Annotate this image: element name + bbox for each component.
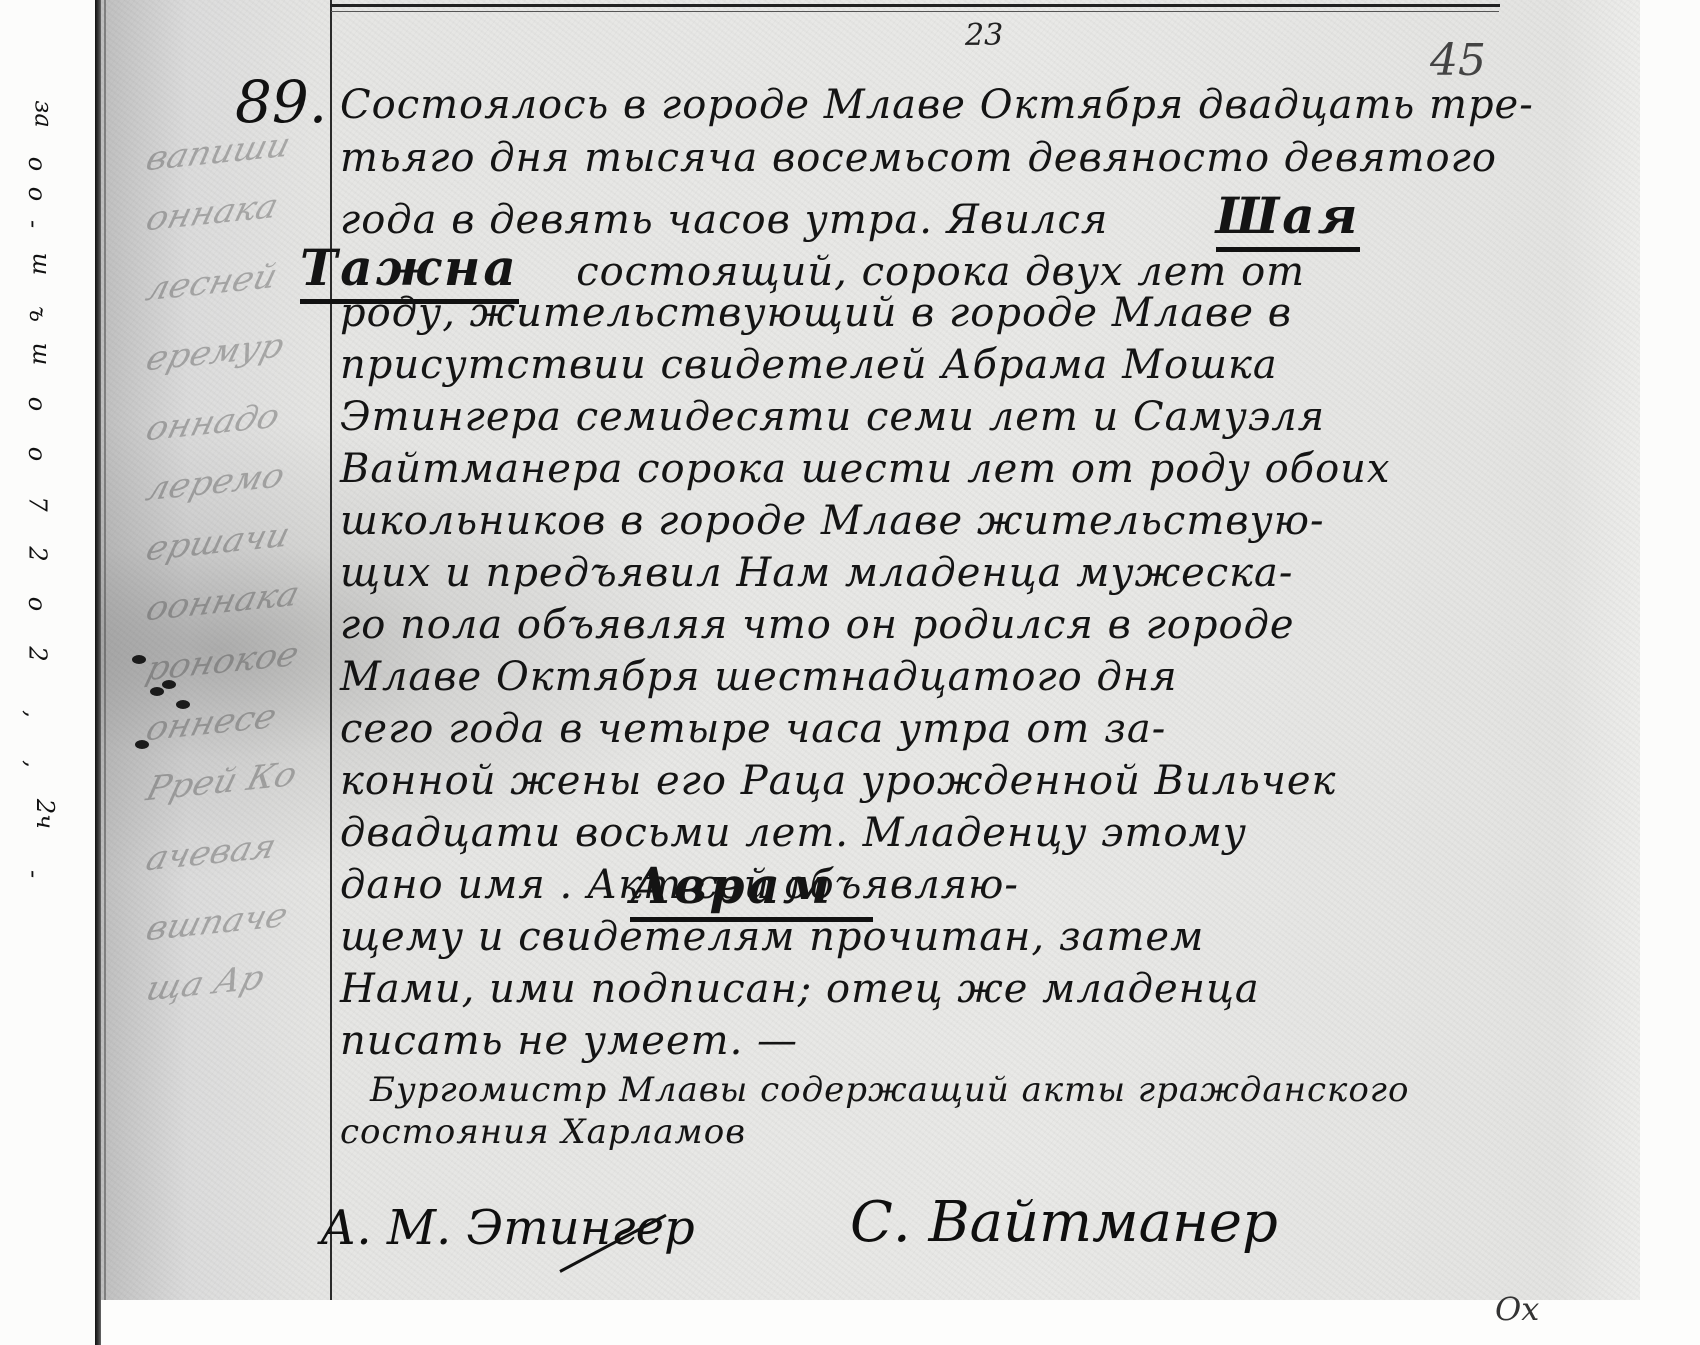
text-line: Вайтманера сорока шести лет от роду обои… [340, 446, 1630, 492]
right-white-border [1640, 0, 1700, 1345]
left-margin-strip [0, 0, 95, 1345]
text-fragment: года в девять часов утра. Явился [340, 197, 1108, 243]
margin-char: 2 [24, 646, 52, 661]
margin-char: за [30, 100, 58, 127]
text-line-registrar-name: состояния Харламов [340, 1112, 1630, 1152]
margin-char: , [20, 760, 48, 768]
binding-inner-line [104, 0, 106, 1300]
text-line: Тажна состоящий, сорока двух лет от [300, 238, 1590, 297]
text-line: роду, жительствующий в городе Млаве в [340, 290, 1630, 336]
text-line: Этингера семидесяти семи лет и Самуэля [340, 394, 1630, 440]
bottom-white-border [95, 1300, 1700, 1345]
text-line: конной жены его Раца урожденной Вильчек [340, 758, 1630, 804]
margin-char: ш [27, 343, 55, 366]
binding-fold-line [95, 0, 101, 1345]
margin-char: 7 [24, 496, 52, 511]
margin-char: о [23, 447, 51, 461]
entry-number: 89. [235, 68, 327, 136]
text-line: дано имя . Акт сей объявляю- Аврам [340, 862, 1630, 908]
text-line: Млаве Октября шестнадцатого дня [340, 654, 1630, 700]
underlined-name-child: Аврам [630, 856, 873, 922]
text-line: тьяго дня тысяча восемьсот девяносто дев… [340, 135, 1630, 181]
text-line: писать не умеет. — [340, 1018, 1630, 1064]
top-double-rule [330, 4, 1500, 7]
text-line: года в девять часов утра. Явился Шая [340, 186, 1630, 245]
bottom-mark: Ох [1495, 1290, 1539, 1328]
text-fragment: состоящий, сорока двух лет от [576, 249, 1305, 295]
text-line: двадцати восьми лет. Младенцу этому [340, 810, 1630, 856]
page-number-right: 45 [1430, 35, 1486, 86]
text-line: Нами, ими подписан; отец же младенца [340, 966, 1630, 1012]
margin-char: , [20, 710, 48, 718]
text-line: го пола объявляя что он родился в городе [340, 602, 1630, 648]
text-line: Состоялось в городе Млаве Октября двадца… [340, 82, 1630, 128]
page-number-center: 23 [965, 18, 1003, 53]
margin-char: о [23, 157, 51, 171]
margin-char: о [23, 597, 51, 611]
text-line: школьников в городе Млаве жительствую- [340, 498, 1630, 544]
signature-witness-right: С. Вайтманер [850, 1190, 1278, 1255]
margin-char: 2ч [31, 799, 59, 829]
text-line: присутствии свидетелей Абрама Мошка [340, 342, 1630, 388]
text-line: щих и предъявил Нам младенца мужеска- [340, 550, 1630, 596]
text-line-registrar: Бургомистр Млавы содержащий акты граждан… [370, 1070, 1660, 1110]
text-line: сего года в четыре часа утра от за- [340, 706, 1630, 752]
margin-char: 2 [24, 546, 52, 561]
margin-char: о [23, 397, 51, 411]
margin-char: ъ [24, 306, 52, 322]
margin-char: - [20, 220, 48, 228]
margin-char: о [23, 187, 51, 201]
margin-char: - [20, 870, 48, 878]
margin-char: ш [27, 253, 55, 276]
text-line: щему и свидетелям прочитан, затем [340, 914, 1630, 960]
